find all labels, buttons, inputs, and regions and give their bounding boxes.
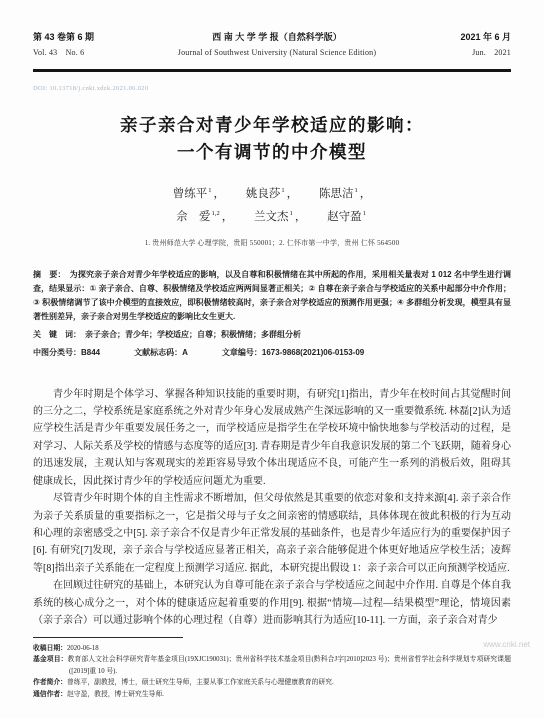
author-affil-sup: 1: [355, 187, 358, 194]
bio-value: 曾练平，副教授，博士，硕士研究生导师，主要从事工作家庭关系与心理健康教育的研究.: [67, 679, 334, 686]
body-paragraph-3: 在回顾过往研究的基础上，本研究认为自尊可能在亲子亲合与学校适应之间起中介作用. …: [33, 577, 511, 629]
article-body: 青少年时期是个体学习、掌握各种知识技能的重要时期，有研究[1]指出，青少年在校时…: [33, 386, 511, 630]
article-no-item: 文章编号：1673-9868(2021)06-0153-09: [222, 346, 364, 360]
author-separator: ，: [287, 188, 299, 200]
author: 兰文杰1，: [254, 211, 306, 223]
author-affil-sup: 1: [281, 187, 284, 194]
journal-name-cn: 西 南 大 学 学 报（自然科学版）: [123, 30, 431, 45]
author-row-1: 曾练平1， 姚良莎1， 陈思洁1，: [33, 181, 511, 204]
author-name: 赵守盈: [327, 211, 362, 223]
title-line-2: 一个有调节的中介模型: [177, 142, 367, 162]
header-journal-name-block: 西 南 大 学 学 报（自然科学版） Journal of Southwest …: [123, 30, 431, 60]
abstract-paragraph: 摘 要：为探究亲子亲合对青少年学校适应的影响，以及自尊和积极情绪在其中所起的作用…: [33, 268, 511, 324]
keywords-text: 亲子亲合；青少年；学校适应；自尊；积极情绪；多群组分析: [85, 330, 301, 339]
doc-code-value: A: [182, 348, 188, 357]
author-name: 姚良莎: [246, 188, 281, 200]
journal-date-cn: 2021 年 6 月: [431, 30, 511, 45]
author-name: 陈思洁: [319, 188, 354, 200]
fund-value: 教育部人文社会科学研究青年基金项目(19XJC190031)；贵州省科学技术基金…: [68, 656, 512, 674]
corr-label: 通信作者：: [33, 691, 67, 698]
author-separator: ，: [222, 211, 234, 223]
abstract-text: 为探究亲子亲合对青少年学校适应的影响，以及自尊和积极情绪在其中所起的作用，采用相…: [33, 270, 511, 321]
author: 佘 爱1,2，: [176, 211, 233, 223]
affiliation-line: 1. 贵州师范大学 心理学院，贵阳 550001；2. 仁怀市第一中学，贵州 仁…: [33, 238, 511, 248]
doc-code-label: 文献标志码：: [134, 348, 182, 357]
footnote-rule: [33, 637, 183, 638]
author: 陈思洁1，: [319, 188, 371, 200]
fund-label: 基金项目：: [33, 656, 68, 663]
article-title: 亲子亲合对青少年学校适应的影响： 一个有调节的中介模型: [33, 112, 511, 166]
journal-header: 第 43 卷第 6 期 Vol. 43 No. 6 西 南 大 学 学 报（自然…: [33, 30, 511, 60]
footnote-block: 收稿日期：2020-06-18 基金项目：教育部人文社会科学研究青年基金项目(1…: [33, 637, 511, 700]
paper-page: 第 43 卷第 6 期 Vol. 43 No. 6 西 南 大 学 学 报（自然…: [0, 0, 544, 718]
header-issue-block: 第 43 卷第 6 期 Vol. 43 No. 6: [33, 30, 123, 60]
keywords-line: 关 键 词：亲子亲合；青少年；学校适应；自尊；积极情绪；多群组分析: [33, 328, 511, 342]
footnote-received: 收稿日期：2020-06-18: [33, 643, 511, 654]
author-list: 曾练平1， 姚良莎1， 陈思洁1， 佘 爱1,2， 兰文杰1， 赵守盈1: [33, 181, 511, 227]
body-paragraph-2: 尽管青少年时期个体的自主性需求不断增加，但父母依然是其重要的依恋对象和支持来源[…: [33, 490, 511, 577]
footnote-corresponding-author: 通信作者：赵守盈，教授，博士研究生导师.: [33, 689, 511, 700]
clc-label: 中图分类号：: [33, 348, 81, 357]
corr-value: 赵守盈，教授，博士研究生导师.: [67, 691, 164, 698]
author: 赵守盈1: [327, 211, 368, 223]
article-no-value: 1673-9868(2021)06-0153-09: [262, 348, 364, 357]
author-affil-sup: 1,2: [212, 210, 220, 217]
author: 曾练平1，: [173, 188, 225, 200]
received-value: 2020-06-18: [67, 645, 99, 652]
author-name: 佘 爱: [176, 211, 211, 223]
abstract-label: 摘 要：: [33, 270, 66, 279]
author-row-2: 佘 爱1,2， 兰文杰1， 赵守盈1: [33, 204, 511, 227]
footnote-fund: 基金项目：教育部人文社会科学研究青年基金项目(19XJC190031)；贵州省科…: [33, 654, 511, 677]
classification-line: 中图分类号：B844 文献标志码：A 文章编号：1673-9868(2021)0…: [33, 346, 511, 360]
author: 姚良莎1，: [246, 188, 298, 200]
article-no-label: 文章编号：: [222, 348, 262, 357]
author-name: 兰文杰: [254, 211, 289, 223]
clc-item: 中图分类号：B844: [33, 346, 100, 360]
journal-name-en: Journal of Southwest University (Natural…: [123, 45, 431, 60]
title-line-1: 亲子亲合对青少年学校适应的影响：: [120, 115, 424, 135]
journal-issue-en: Vol. 43 No. 6: [33, 45, 123, 60]
author-affil-sup: 1: [290, 210, 293, 217]
author-separator: ，: [214, 188, 226, 200]
cnki-watermark: www.cnki.net: [483, 640, 530, 649]
body-paragraph-1: 青少年时期是个体学习、掌握各种知识技能的重要时期，有研究[1]指出，青少年在校时…: [33, 386, 511, 490]
header-date-block: 2021 年 6 月 Jun. 2021: [431, 30, 511, 60]
journal-issue-cn: 第 43 卷第 6 期: [33, 30, 123, 45]
keywords-label: 关 键 词：: [33, 330, 81, 339]
doc-code-item: 文献标志码：A: [134, 346, 188, 360]
author-name: 曾练平: [173, 188, 208, 200]
header-rule: [33, 69, 511, 72]
clc-value: B844: [81, 348, 100, 357]
footnote-author-bio: 作者简介：曾练平，副教授，博士，硕士研究生导师，主要从事工作家庭关系与心理健康教…: [33, 677, 511, 688]
received-label: 收稿日期：: [33, 645, 67, 652]
author-affil-sup: 1: [208, 187, 211, 194]
author-separator: ，: [295, 211, 307, 223]
journal-date-en: Jun. 2021: [431, 45, 511, 60]
author-separator: ，: [360, 188, 372, 200]
author-affil-sup: 1: [363, 210, 366, 217]
doi-line: DOI: 10.13718/j.cnki.xdzk.2021.06.020: [33, 85, 511, 92]
bio-label: 作者简介：: [33, 679, 67, 686]
